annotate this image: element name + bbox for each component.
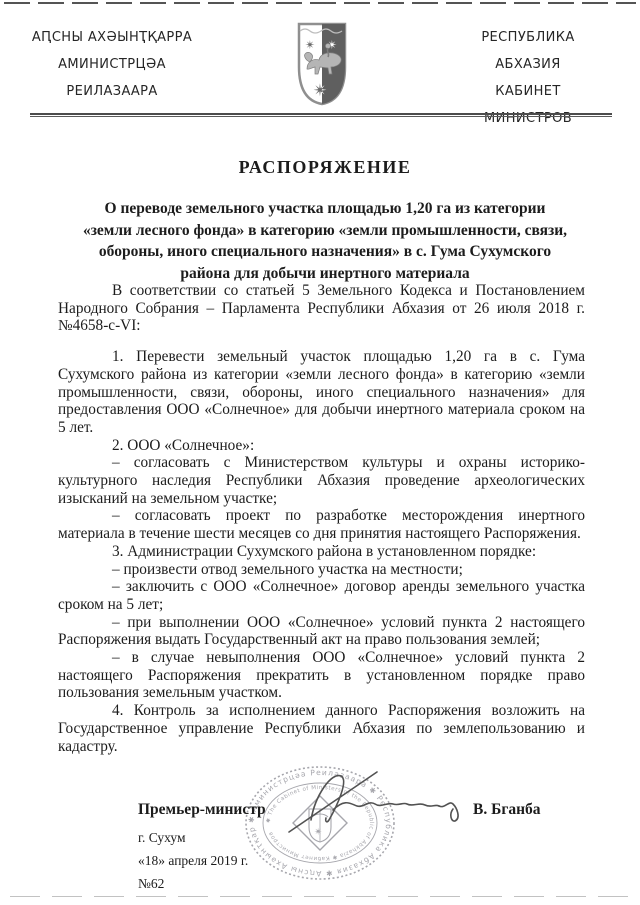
signer-name: В. Бганба [473, 801, 541, 819]
letterhead-russian-line1: РЕСПУБЛИКА АБХАЗИЯ [448, 24, 608, 78]
clause-paragraph: 3. Администрации Сухумского района в уст… [58, 543, 585, 561]
svg-text:✴: ✴ [305, 38, 315, 52]
clause-paragraph: 4. Контроль за исполнением данного Распо… [58, 702, 585, 755]
document-title: РАСПОРЯЖЕНИЕ [80, 157, 570, 177]
document-body: В соответствии со статьей 5 Земельного К… [58, 282, 585, 755]
coat-of-arms-icon: ✴ ✴ ✴ ✴ [297, 22, 347, 111]
scan-artifact-bottom [10, 896, 634, 897]
clause-paragraph: – в случае невыполнения ООО «Солнечное» … [58, 649, 585, 702]
letterhead-abkhaz-line3: РЕИЛАЗААРА [28, 78, 196, 105]
document-subject: О переводе земельного участка площадью 1… [80, 198, 570, 284]
document-page: АԤСНЫ АХӘЫНҬҚАРРА АМИНИСТРЦӘА РЕИЛАЗААРА… [0, 0, 640, 905]
number-line: №62 [138, 876, 164, 892]
letterhead-abkhaz: АԤСНЫ АХӘЫНҬҚАРРА АМИНИСТРЦӘА РЕИЛАЗААРА [28, 24, 196, 105]
heading-block: РАСПОРЯЖЕНИЕ О переводе земельного участ… [80, 157, 570, 284]
letterhead-russian-line2: КАБИНЕТ [448, 78, 608, 105]
letterhead-russian-line3: МИНИСТРОВ [448, 105, 608, 132]
clause-paragraph: – произвести отвод земельного участка на… [58, 561, 585, 579]
preamble-paragraph: В соответствии со статьей 5 Земельного К… [58, 282, 585, 335]
scan-artifact-top [4, 2, 636, 4]
clause-paragraph: – согласовать проект по разработке место… [58, 507, 585, 542]
clause-paragraph: 2. ООО «Солнечное»: [58, 437, 585, 455]
letterhead-abkhaz-line2: АМИНИСТРЦӘА [28, 51, 196, 78]
header-divider [30, 113, 612, 117]
clause-paragraph: 1. Перевести земельный участок площадью … [58, 348, 585, 437]
signature-scrawl [281, 762, 496, 842]
place-line: г. Сухум [138, 830, 186, 846]
clause-paragraph: – согласовать с Министерством культуры и… [58, 454, 585, 507]
clause-paragraph: – заключить с ООО «Солнечное» договор ар… [58, 578, 585, 613]
letterhead-abkhaz-line1: АԤСНЫ АХӘЫНҬҚАРРА [28, 24, 196, 51]
signer-post: Премьер-министр [138, 801, 266, 819]
date-line: «18» апреля 2019 г. [138, 853, 248, 869]
clause-paragraph: – при выполнении ООО «Солнечное» условий… [58, 614, 585, 649]
